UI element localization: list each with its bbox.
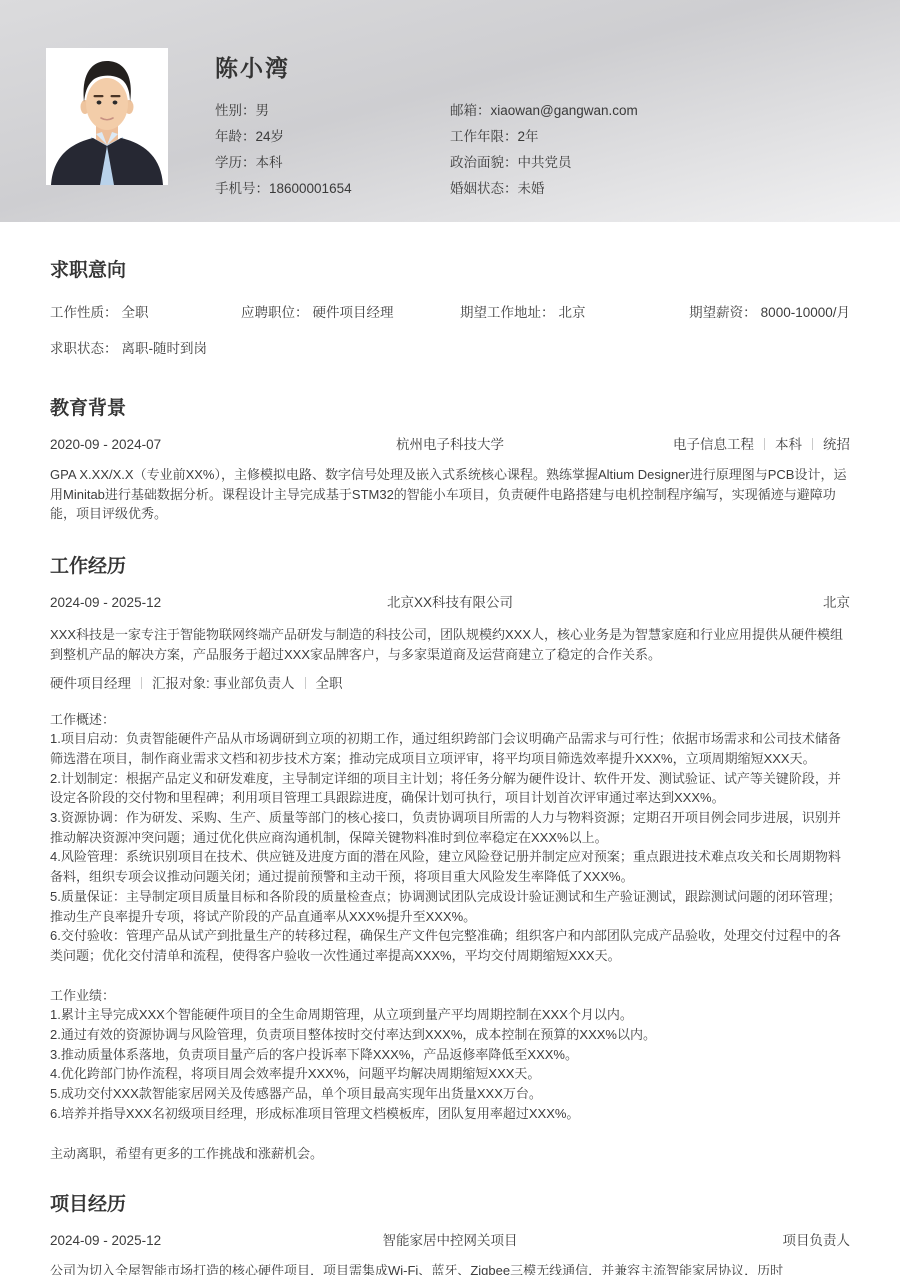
work-overview-item: 6.交付验收：管理产品从试产到批量生产的转移过程，确保生产文件包完整准确；组织客… (50, 926, 850, 965)
work-achievement-item: 3.推动质量体系落地，负责项目量产后的客户投诉率下降XXX%，产品返修率降低至X… (50, 1045, 850, 1065)
resume-page: 陈小湾 性别：男 年龄：24岁 学历：本科 手机号：18600001654 邮箱… (0, 0, 900, 1275)
work-overview-item: 3.资源协调：作为研发、采购、生产、质量等部门的核心接口，负责协调项目所需的人力… (50, 808, 850, 847)
intent-work-type: 工作性质：全职 (50, 303, 241, 323)
intent-position: 应聘职位：硬件项目经理 (241, 303, 460, 323)
project-row: 2024-09 - 2025-12 智能家居中控网关项目 项目负责人 (50, 1231, 850, 1251)
position-row: 硬件项目经理汇报对象: 事业部负责人全职 (50, 674, 850, 694)
resume-content: 求职意向 工作性质：全职 应聘职位：硬件项目经理 期望工作地址：北京 期望薪资：… (0, 257, 900, 1275)
job-intention-row-1: 工作性质：全职 应聘职位：硬件项目经理 期望工作地址：北京 期望薪资：8000-… (50, 303, 850, 323)
section-project-experience: 项目经历 2024-09 - 2025-12 智能家居中控网关项目 项目负责人 … (50, 1191, 850, 1275)
job-intention-title: 求职意向 (50, 257, 850, 285)
divider (812, 438, 813, 450)
personal-fields: 性别：男 年龄：24岁 学历：本科 手机号：18600001654 邮箱：xia… (215, 102, 850, 206)
field-political-status: 政治面貌：中共党员 (450, 154, 850, 171)
field-phone: 手机号：18600001654 (215, 180, 450, 197)
work-company: 北京XX科技有限公司 (294, 593, 605, 613)
work-period: 2024-09 - 2025-12 (50, 593, 294, 613)
profile-photo (46, 48, 168, 185)
project-role: 项目负责人 (606, 1231, 850, 1251)
education-period: 2020-09 - 2024-07 (50, 435, 294, 455)
work-position: 硬件项目经理 (50, 676, 131, 691)
intent-location: 期望工作地址：北京 (460, 303, 676, 323)
work-row: 2024-09 - 2025-12 北京XX科技有限公司 北京 (50, 593, 850, 613)
section-work-experience: 工作经历 2024-09 - 2025-12 北京XX科技有限公司 北京 XXX… (50, 553, 850, 1163)
work-achievement-item: 1.累计主导完成XXX个智能硬件项目的全生命周期管理，从立项到量产平均周期控制在… (50, 1005, 850, 1025)
job-intention-row-2: 求职状态：离职-随时到岗 (50, 339, 850, 359)
divider (764, 438, 765, 450)
company-intro: XXX科技是一家专注于智能物联网终端产品研发与制造的科技公司，团队规模约XXX人… (50, 625, 850, 664)
work-achievements: 工作业绩： 1.累计主导完成XXX个智能硬件项目的全生命周期管理，从立项到量产平… (50, 986, 850, 1124)
field-work-years: 工作年限：2年 (450, 128, 850, 145)
work-report-to: 汇报对象: 事业部负责人 (152, 676, 295, 691)
personal-fields-right: 邮箱：xiaowan@gangwan.com 工作年限：2年 政治面貌：中共党员… (450, 102, 850, 206)
candidate-name: 陈小湾 (215, 50, 850, 83)
education-meta: 电子信息工程本科统招 (606, 435, 850, 455)
intent-salary: 期望薪资：8000-10000/月 (676, 303, 850, 323)
section-education: 教育背景 2020-09 - 2024-07 杭州电子科技大学 电子信息工程本科… (50, 395, 850, 524)
field-email: 邮箱：xiaowan@gangwan.com (450, 102, 850, 119)
work-title: 工作经历 (50, 553, 850, 581)
education-description: GPA X.XX/X.X（专业前XX%），主修模拟电路、数字信号处理及嵌入式系统… (50, 465, 850, 524)
project-title: 项目经历 (50, 1191, 850, 1219)
field-gender: 性别：男 (215, 102, 450, 119)
education-admission: 统招 (823, 437, 850, 452)
education-title: 教育背景 (50, 395, 850, 423)
work-job-type: 全职 (316, 676, 343, 691)
divider (141, 677, 142, 689)
field-marital-status: 婚姻状态：未婚 (450, 180, 850, 197)
project-description: 公司为切入全屋智能市场打造的核心硬件项目，项目需集成Wi-Fi、蓝牙、Zigbe… (50, 1261, 850, 1275)
work-achievement-item: 4.优化跨部门协作流程，将项目周会效率提升XXX%，问题平均解决周期缩短XXX天… (50, 1064, 850, 1084)
work-achievement-item: 5.成功交付XXX款智能家居网关及传感器产品，单个项目最高实现年出货量XXX万台… (50, 1084, 850, 1104)
work-overview-item: 1.项目启动：负责智能硬件产品从市场调研到立项的初期工作，通过组织跨部门会议明确… (50, 729, 850, 768)
education-row: 2020-09 - 2024-07 杭州电子科技大学 电子信息工程本科统招 (50, 435, 850, 455)
project-name: 智能家居中控网关项目 (294, 1231, 605, 1251)
intent-status: 求职状态：离职-随时到岗 (50, 339, 207, 359)
work-location: 北京 (606, 593, 850, 613)
project-period: 2024-09 - 2025-12 (50, 1231, 294, 1251)
education-degree: 本科 (775, 437, 802, 452)
work-overview-item: 2.计划制定：根据产品定义和研发难度，主导制定详细的项目主计划；将任务分解为硬件… (50, 769, 850, 808)
work-achievements-label: 工作业绩： (50, 986, 850, 1006)
section-job-intention: 求职意向 工作性质：全职 应聘职位：硬件项目经理 期望工作地址：北京 期望薪资：… (50, 257, 850, 359)
education-major: 电子信息工程 (673, 437, 754, 452)
work-overview-label: 工作概述： (50, 710, 850, 730)
personal-fields-left: 性别：男 年龄：24岁 学历：本科 手机号：18600001654 (215, 102, 450, 206)
work-achievement-item: 6.培养并指导XXX名初级项目经理，形成标准项目管理文档模板库，团队复用率超过X… (50, 1104, 850, 1124)
work-overview: 工作概述： 1.项目启动：负责智能硬件产品从市场调研到立项的初期工作，通过组织跨… (50, 710, 850, 966)
field-age: 年龄：24岁 (215, 128, 450, 145)
work-overview-item: 4.风险管理：系统识别项目在技术、供应链及进度方面的潜在风险，建立风险登记册并制… (50, 847, 850, 886)
work-achievement-item: 2.通过有效的资源协调与风险管理，负责项目整体按时交付率达到XXX%，成本控制在… (50, 1025, 850, 1045)
education-school: 杭州电子科技大学 (294, 435, 605, 455)
leave-reason: 主动离职，希望有更多的工作挑战和涨薪机会。 (50, 1144, 850, 1164)
work-overview-item: 5.质量保证：主导制定项目质量目标和各阶段的质量检查点；协调测试团队完成设计验证… (50, 887, 850, 926)
divider (305, 677, 306, 689)
field-education-level: 学历：本科 (215, 154, 450, 171)
resume-header: 陈小湾 性别：男 年龄：24岁 学历：本科 手机号：18600001654 邮箱… (0, 0, 900, 222)
profile-photo-illustration (46, 48, 168, 185)
